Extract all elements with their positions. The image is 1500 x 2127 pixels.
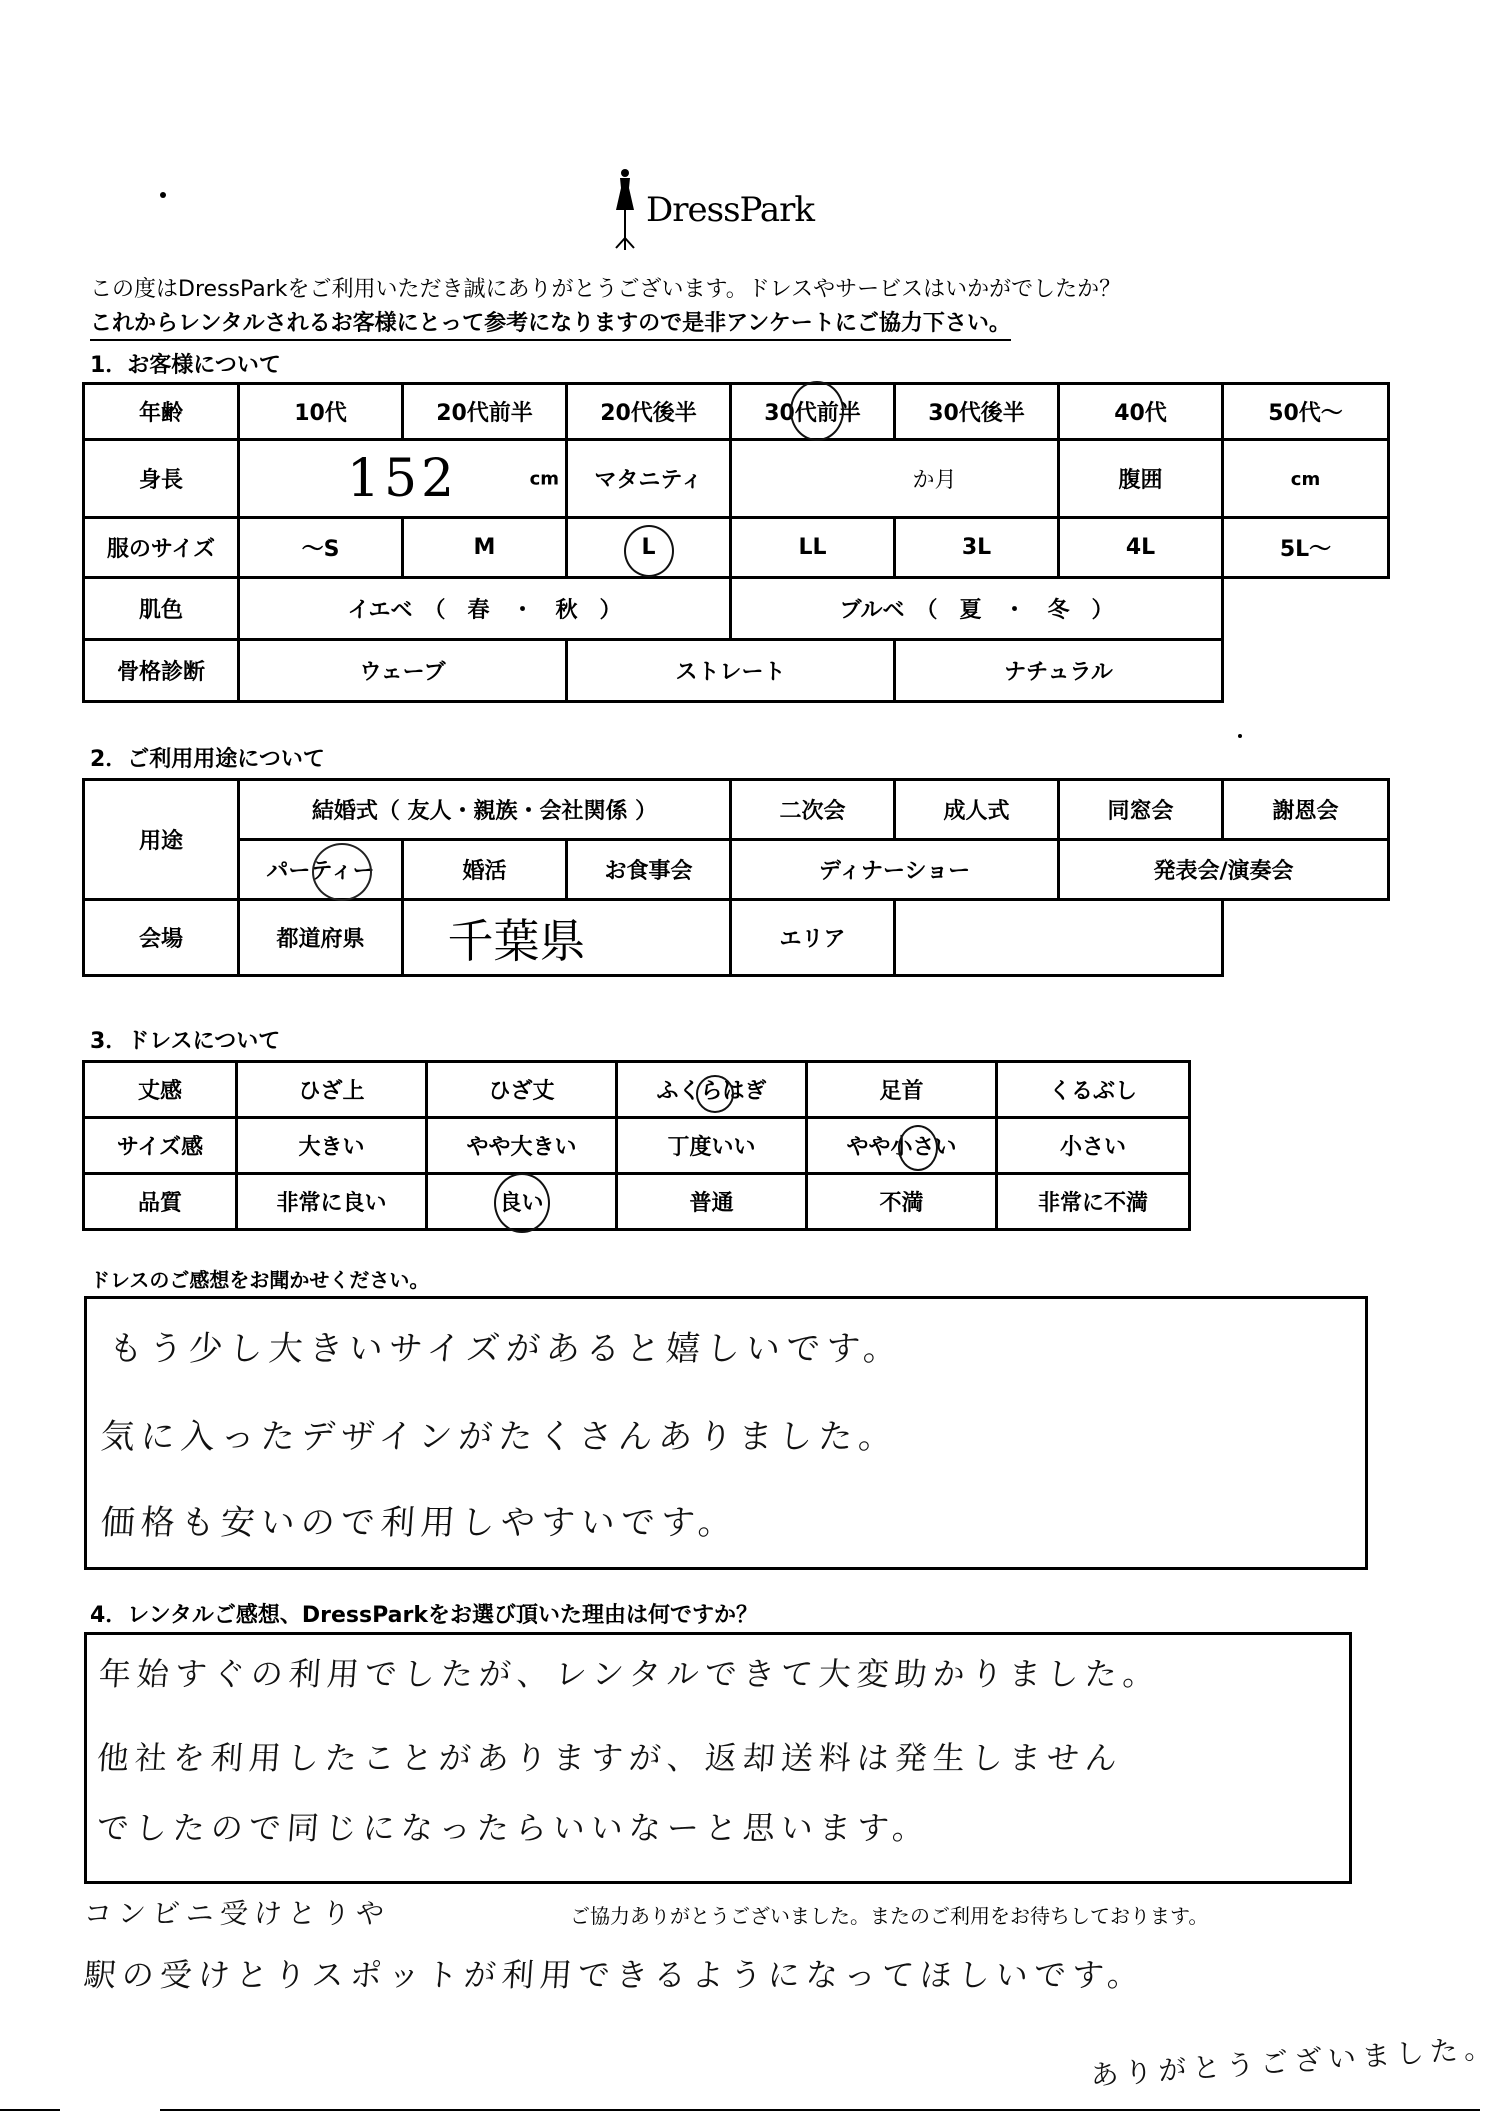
purpose-option[interactable]: 成人式	[895, 780, 1059, 840]
customer-info-table: 年齢 10代 20代前半 20代後半 30代前半 30代後半 40代 50代～ …	[82, 382, 1390, 703]
size-option[interactable]: 5L～	[1223, 518, 1389, 578]
brand-name: DressPark	[646, 190, 814, 230]
purpose-option[interactable]: 二次会	[731, 780, 895, 840]
purpose-row-1: 用途 結婚式（ 友人・親族・会社関係 ） 二次会 成人式 同窓会 謝恩会	[84, 780, 1389, 840]
reason-line: でしたので同じになったらいいなーと思います。	[95, 1803, 932, 1849]
fit-option[interactable]: 小さい	[997, 1118, 1190, 1174]
length-option[interactable]: 足首	[807, 1062, 997, 1118]
purpose-option[interactable]: 同窓会	[1059, 780, 1223, 840]
fit-option[interactable]: 大きい	[237, 1118, 427, 1174]
usage-table: 用途 結婚式（ 友人・親族・会社関係 ） 二次会 成人式 同窓会 謝恩会 パーテ…	[82, 778, 1390, 977]
frame-option[interactable]: ナチュラル	[895, 640, 1223, 702]
reason-line: 他社を利用したことがありますが、返却送料は発生しません	[95, 1733, 1124, 1779]
height-value: 152	[347, 449, 458, 509]
reason-box[interactable]: 年始すぐの利用でしたが、レンタルできて大変助かりました。 他社を利用したことがあ…	[84, 1632, 1352, 1884]
comment-line: 気に入ったデザインがたくさんありました。	[99, 1409, 900, 1458]
age-option[interactable]: 10代	[239, 384, 403, 440]
quality-option[interactable]: 不満	[807, 1174, 997, 1230]
waist-label: 腹囲	[1059, 440, 1223, 518]
skin-yellow-base[interactable]: イエベ （ 春 ・ 秋 ）	[239, 578, 731, 640]
section4-title: 4．レンタルご感想、DressParkをお選び頂いた理由は何ですか？	[90, 1598, 758, 1629]
quality-option-label: 良い	[499, 1191, 543, 1216]
section3-title: 3．ドレスについて	[90, 1024, 280, 1055]
purpose-option-selected[interactable]: パーティー	[239, 840, 403, 900]
quality-label: 品質	[84, 1174, 237, 1230]
fit-option-label: やや小さい	[846, 1135, 956, 1160]
size-option[interactable]: ～S	[239, 518, 403, 578]
purpose-option[interactable]: ディナーショー	[731, 840, 1059, 900]
extra-comment-line: コンビニ受けとりや	[83, 1892, 392, 1932]
height-row: 身長 152 cm マタニティ か月 腹囲 cm	[84, 440, 1389, 518]
frame-row: 骨格診断 ウェーブ ストレート ナチュラル	[84, 640, 1389, 702]
maternity-label: マタニティ	[567, 440, 731, 518]
empty-cell	[1223, 900, 1389, 976]
size-option-label: L	[641, 535, 655, 560]
section2-title: 2．ご利用用途について	[90, 742, 325, 773]
comment-line: 価格も安いので利用しやすいです。	[99, 1495, 740, 1544]
maternity-field[interactable]: か月	[731, 440, 1059, 518]
fit-option[interactable]: やや大きい	[427, 1118, 617, 1174]
purpose-option[interactable]: 謝恩会	[1223, 780, 1389, 840]
fit-label: サイズ感	[84, 1118, 237, 1174]
section1-title: 1．お客様について	[90, 348, 281, 379]
quality-option[interactable]: 普通	[617, 1174, 807, 1230]
frame-label: 骨格診断	[84, 640, 239, 702]
height-field[interactable]: 152 cm	[239, 440, 567, 518]
frame-option[interactable]: ストレート	[567, 640, 895, 702]
empty-cell	[1223, 578, 1389, 640]
quality-row: 品質 非常に良い 良い 普通 不満 非常に不満	[84, 1174, 1190, 1230]
fit-row: サイズ感 大きい やや大きい 丁度いい やや小さい 小さい	[84, 1118, 1190, 1174]
size-row: 服のサイズ ～S M L LL 3L 4L 5L～	[84, 518, 1389, 578]
age-option-label: 30代前半	[764, 401, 861, 426]
extra-comment-line: 駅の受けとりスポットが利用できるようになってほしいです。	[82, 1950, 1147, 1996]
height-unit: cm	[530, 468, 559, 489]
empty-cell	[1223, 640, 1389, 702]
scan-speck	[160, 192, 166, 198]
bottom-rule	[160, 2109, 1480, 2111]
fit-option-selected[interactable]: やや小さい	[807, 1118, 997, 1174]
brand-logo: DressPark	[612, 160, 814, 260]
intro-text: この度はDressParkをご利用いただき誠にありがとうございます。ドレスやサー…	[90, 272, 1121, 303]
age-row: 年齢 10代 20代前半 20代後半 30代前半 30代後半 40代 50代～	[84, 384, 1389, 440]
length-option[interactable]: ひざ丈	[427, 1062, 617, 1118]
purpose-option-label: パーティー	[266, 859, 374, 884]
skin-label: 肌色	[84, 578, 239, 640]
closing-message: ご協力ありがとうございました。またのご利用をお待ちしております。	[570, 1900, 1208, 1929]
length-row: 丈感 ひざ上 ひざ丈 ふくらはぎ 足首 くるぶし	[84, 1062, 1190, 1118]
area-field[interactable]	[895, 900, 1223, 976]
maternity-unit: か月	[912, 468, 956, 493]
age-option-selected[interactable]: 30代前半	[731, 384, 895, 440]
area-label: エリア	[731, 900, 895, 976]
age-option[interactable]: 40代	[1059, 384, 1223, 440]
size-option-selected[interactable]: L	[567, 518, 731, 578]
height-label: 身長	[84, 440, 239, 518]
dress-table: 丈感 ひざ上 ひざ丈 ふくらはぎ 足首 くるぶし サイズ感 大きい やや大きい …	[82, 1060, 1191, 1231]
purpose-option[interactable]: 発表会/演奏会	[1059, 840, 1389, 900]
purpose-row-2: パーティー 婚活 お食事会 ディナーショー 発表会/演奏会	[84, 840, 1389, 900]
waist-unit: cm	[1291, 469, 1320, 490]
age-option[interactable]: 30代後半	[895, 384, 1059, 440]
quality-option[interactable]: 非常に良い	[237, 1174, 427, 1230]
length-option[interactable]: くるぶし	[997, 1062, 1190, 1118]
size-option[interactable]: 3L	[895, 518, 1059, 578]
waist-field[interactable]: cm	[1223, 440, 1389, 518]
age-option[interactable]: 50代～	[1223, 384, 1389, 440]
dress-form-icon	[612, 168, 638, 252]
prefecture-value: 千葉県	[448, 914, 586, 968]
venue-row: 会場 都道府県 千葉県 エリア	[84, 900, 1389, 976]
purpose-option[interactable]: 結婚式（ 友人・親族・会社関係 ）	[239, 780, 731, 840]
dress-comment-prompt: ドレスのご感想をお聞かせください。	[90, 1264, 429, 1293]
age-label: 年齢	[84, 384, 239, 440]
venue-label: 会場	[84, 900, 239, 976]
skin-row: 肌色 イエベ （ 春 ・ 秋 ） ブルベ （ 夏 ・ 冬 ）	[84, 578, 1389, 640]
age-option[interactable]: 20代後半	[567, 384, 731, 440]
prefecture-label: 都道府県	[239, 900, 403, 976]
request-text: これからレンタルされるお客様にとって参考になりますので是非アンケートにご協力下さ…	[90, 306, 1011, 341]
scan-speck	[1238, 734, 1242, 738]
bottom-rule	[0, 2109, 60, 2111]
skin-blue-base[interactable]: ブルベ （ 夏 ・ 冬 ）	[731, 578, 1223, 640]
fit-option[interactable]: 丁度いい	[617, 1118, 807, 1174]
size-label: 服のサイズ	[84, 518, 239, 578]
purpose-option[interactable]: 婚活	[403, 840, 567, 900]
quality-option-selected[interactable]: 良い	[427, 1174, 617, 1230]
quality-option[interactable]: 非常に不満	[997, 1174, 1190, 1230]
length-option-label: ふくらはぎ	[656, 1079, 766, 1104]
length-option[interactable]: ひざ上	[237, 1062, 427, 1118]
extra-comment-line: ありがとうございました。	[1089, 2026, 1499, 2094]
age-option[interactable]: 20代前半	[403, 384, 567, 440]
prefecture-field[interactable]: 千葉県	[403, 900, 731, 976]
size-option[interactable]: 4L	[1059, 518, 1223, 578]
reason-line: 年始すぐの利用でしたが、レンタルできて大変助かりました。	[97, 1649, 1162, 1695]
purpose-label: 用途	[84, 780, 239, 900]
dress-comment-box[interactable]: もう少し大きいサイズがあると嬉しいです。 気に入ったデザインがたくさんありました…	[84, 1296, 1368, 1570]
frame-option[interactable]: ウェーブ	[239, 640, 567, 702]
length-label: 丈感	[84, 1062, 237, 1118]
size-option[interactable]: M	[403, 518, 567, 578]
comment-line: もう少し大きいサイズがあると嬉しいです。	[107, 1321, 905, 1370]
size-option[interactable]: LL	[731, 518, 895, 578]
length-option-selected[interactable]: ふくらはぎ	[617, 1062, 807, 1118]
purpose-option[interactable]: お食事会	[567, 840, 731, 900]
